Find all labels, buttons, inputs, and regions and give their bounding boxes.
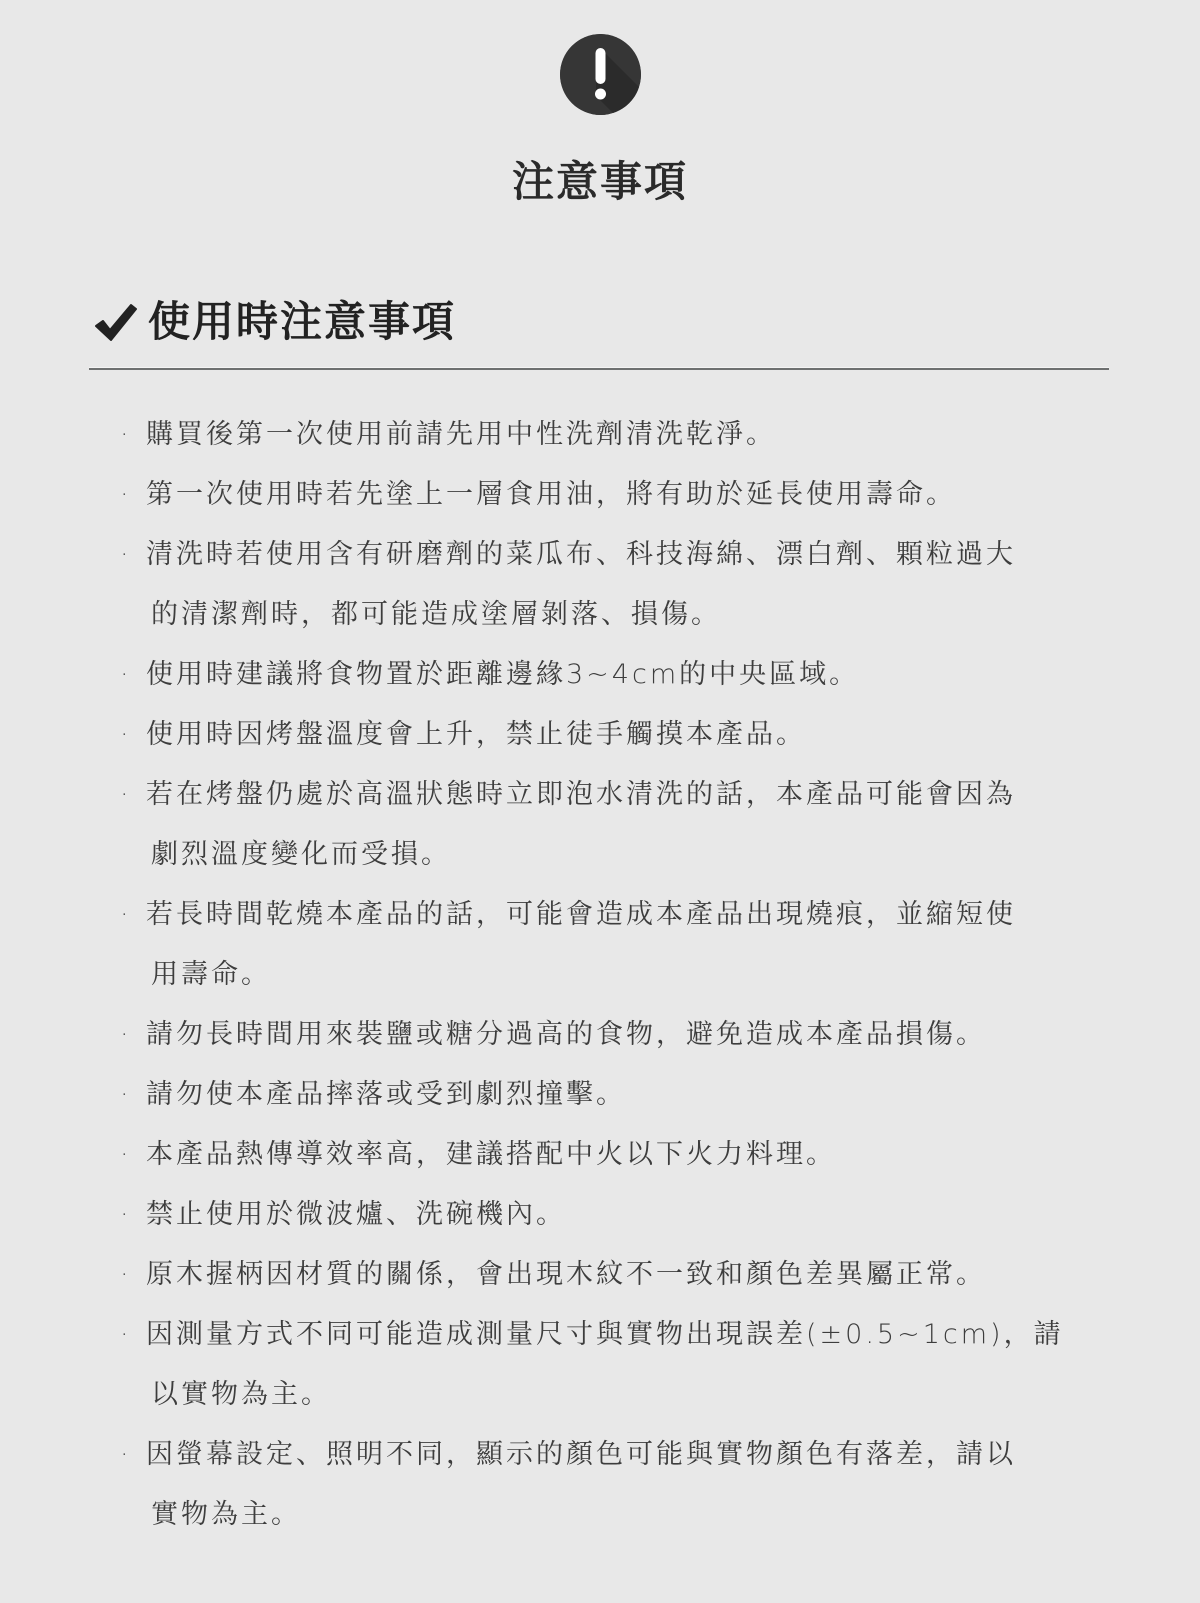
notes-list: · 購買後第一次使用前請先用中性洗劑清洗乾淨。 · 第一次使用時若先塗上一層食用… bbox=[120, 405, 1080, 1545]
section-title: 使用時注意事項 bbox=[148, 292, 456, 352]
bullet-icon: · bbox=[120, 1185, 140, 1245]
list-item: · 本產品熱傳導效率高，建議搭配中火以下火力料理。 bbox=[120, 1125, 1080, 1185]
bullet-icon: · bbox=[120, 885, 140, 945]
note-line: 若在烤盤仍處於高溫狀態時立即泡水清洗的話，本產品可能會因為 bbox=[146, 765, 1080, 825]
bullet-icon: · bbox=[120, 765, 140, 825]
list-item: · 使用時因烤盤溫度會上升，禁止徒手觸摸本產品。 bbox=[120, 705, 1080, 765]
bullet-icon: · bbox=[120, 645, 140, 705]
note-line: 使用時因烤盤溫度會上升，禁止徒手觸摸本產品。 bbox=[146, 705, 1080, 765]
bullet-icon: · bbox=[120, 1245, 140, 1305]
note-line: 因螢幕設定、照明不同，顯示的顏色可能與實物顏色有落差，請以 bbox=[146, 1425, 1080, 1485]
list-item: · 第一次使用時若先塗上一層食用油，將有助於延長使用壽命。 bbox=[120, 465, 1080, 525]
list-item: · 請勿使本產品摔落或受到劇烈撞擊。 bbox=[120, 1065, 1080, 1125]
note-line: 購買後第一次使用前請先用中性洗劑清洗乾淨。 bbox=[146, 405, 1080, 465]
bullet-icon: · bbox=[120, 1305, 140, 1365]
note-line: 實物為主。 bbox=[146, 1485, 1080, 1545]
note-text: 若在烤盤仍處於高溫狀態時立即泡水清洗的話，本產品可能會因為 劇烈溫度變化而受損。 bbox=[146, 765, 1080, 885]
note-text: 使用時因烤盤溫度會上升，禁止徒手觸摸本產品。 bbox=[146, 705, 1080, 765]
note-text: 使用時建議將食物置於距離邊緣3~4cm的中央區域。 bbox=[146, 645, 1080, 705]
note-text: 因測量方式不同可能造成測量尺寸與實物出現誤差(±0.5~1cm)，請 以實物為主… bbox=[146, 1305, 1080, 1425]
list-item: · 請勿長時間用來裝鹽或糖分過高的食物，避免造成本產品損傷。 bbox=[120, 1005, 1080, 1065]
bullet-icon: · bbox=[120, 525, 140, 585]
section-divider bbox=[89, 368, 1109, 370]
note-text: 購買後第一次使用前請先用中性洗劑清洗乾淨。 bbox=[146, 405, 1080, 465]
bullet-icon: · bbox=[120, 1425, 140, 1485]
list-item: · 若在烤盤仍處於高溫狀態時立即泡水清洗的話，本產品可能會因為 劇烈溫度變化而受… bbox=[120, 765, 1080, 885]
list-item: · 使用時建議將食物置於距離邊緣3~4cm的中央區域。 bbox=[120, 645, 1080, 705]
note-line: 本產品熱傳導效率高，建議搭配中火以下火力料理。 bbox=[146, 1125, 1080, 1185]
exclamation-circle-icon bbox=[560, 34, 641, 115]
note-line: 請勿長時間用來裝鹽或糖分過高的食物，避免造成本產品損傷。 bbox=[146, 1005, 1080, 1065]
bullet-icon: · bbox=[120, 1065, 140, 1125]
note-text: 禁止使用於微波爐、洗碗機內。 bbox=[146, 1185, 1080, 1245]
list-item: · 若長時間乾燒本產品的話，可能會造成本產品出現燒痕，並縮短使 用壽命。 bbox=[120, 885, 1080, 1005]
note-line: 原木握柄因材質的關係，會出現木紋不一致和顏色差異屬正常。 bbox=[146, 1245, 1080, 1305]
bullet-icon: · bbox=[120, 1125, 140, 1185]
page-title: 注意事項 bbox=[0, 152, 1200, 212]
bullet-icon: · bbox=[120, 405, 140, 465]
list-item: · 購買後第一次使用前請先用中性洗劑清洗乾淨。 bbox=[120, 405, 1080, 465]
section-header: 使用時注意事項 bbox=[92, 292, 456, 352]
note-text: 請勿使本產品摔落或受到劇烈撞擊。 bbox=[146, 1065, 1080, 1125]
note-text: 清洗時若使用含有研磨劑的菜瓜布、科技海綿、漂白劑、顆粒過大 的清潔劑時，都可能造… bbox=[146, 525, 1080, 645]
bullet-icon: · bbox=[120, 1005, 140, 1065]
note-text: 本產品熱傳導效率高，建議搭配中火以下火力料理。 bbox=[146, 1125, 1080, 1185]
checkmark-icon bbox=[92, 299, 138, 345]
note-line: 用壽命。 bbox=[146, 945, 1080, 1005]
note-line: 的清潔劑時，都可能造成塗層剝落、損傷。 bbox=[146, 585, 1080, 645]
note-line: 以實物為主。 bbox=[146, 1365, 1080, 1425]
note-line: 劇烈溫度變化而受損。 bbox=[146, 825, 1080, 885]
note-line: 因測量方式不同可能造成測量尺寸與實物出現誤差(±0.5~1cm)，請 bbox=[146, 1305, 1080, 1365]
list-item: · 清洗時若使用含有研磨劑的菜瓜布、科技海綿、漂白劑、顆粒過大 的清潔劑時，都可… bbox=[120, 525, 1080, 645]
list-item: · 因螢幕設定、照明不同，顯示的顏色可能與實物顏色有落差，請以 實物為主。 bbox=[120, 1425, 1080, 1545]
bullet-icon: · bbox=[120, 705, 140, 765]
note-line: 第一次使用時若先塗上一層食用油，將有助於延長使用壽命。 bbox=[146, 465, 1080, 525]
list-item: · 原木握柄因材質的關係，會出現木紋不一致和顏色差異屬正常。 bbox=[120, 1245, 1080, 1305]
list-item: · 禁止使用於微波爐、洗碗機內。 bbox=[120, 1185, 1080, 1245]
note-text: 因螢幕設定、照明不同，顯示的顏色可能與實物顏色有落差，請以 實物為主。 bbox=[146, 1425, 1080, 1545]
note-text: 第一次使用時若先塗上一層食用油，將有助於延長使用壽命。 bbox=[146, 465, 1080, 525]
note-line: 使用時建議將食物置於距離邊緣3~4cm的中央區域。 bbox=[146, 645, 1080, 705]
note-text: 若長時間乾燒本產品的話，可能會造成本產品出現燒痕，並縮短使 用壽命。 bbox=[146, 885, 1080, 1005]
note-line: 若長時間乾燒本產品的話，可能會造成本產品出現燒痕，並縮短使 bbox=[146, 885, 1080, 945]
list-item: · 因測量方式不同可能造成測量尺寸與實物出現誤差(±0.5~1cm)，請 以實物… bbox=[120, 1305, 1080, 1425]
note-line: 請勿使本產品摔落或受到劇烈撞擊。 bbox=[146, 1065, 1080, 1125]
bullet-icon: · bbox=[120, 465, 140, 525]
note-line: 清洗時若使用含有研磨劑的菜瓜布、科技海綿、漂白劑、顆粒過大 bbox=[146, 525, 1080, 585]
note-text: 原木握柄因材質的關係，會出現木紋不一致和顏色差異屬正常。 bbox=[146, 1245, 1080, 1305]
note-line: 禁止使用於微波爐、洗碗機內。 bbox=[146, 1185, 1080, 1245]
note-text: 請勿長時間用來裝鹽或糖分過高的食物，避免造成本產品損傷。 bbox=[146, 1005, 1080, 1065]
